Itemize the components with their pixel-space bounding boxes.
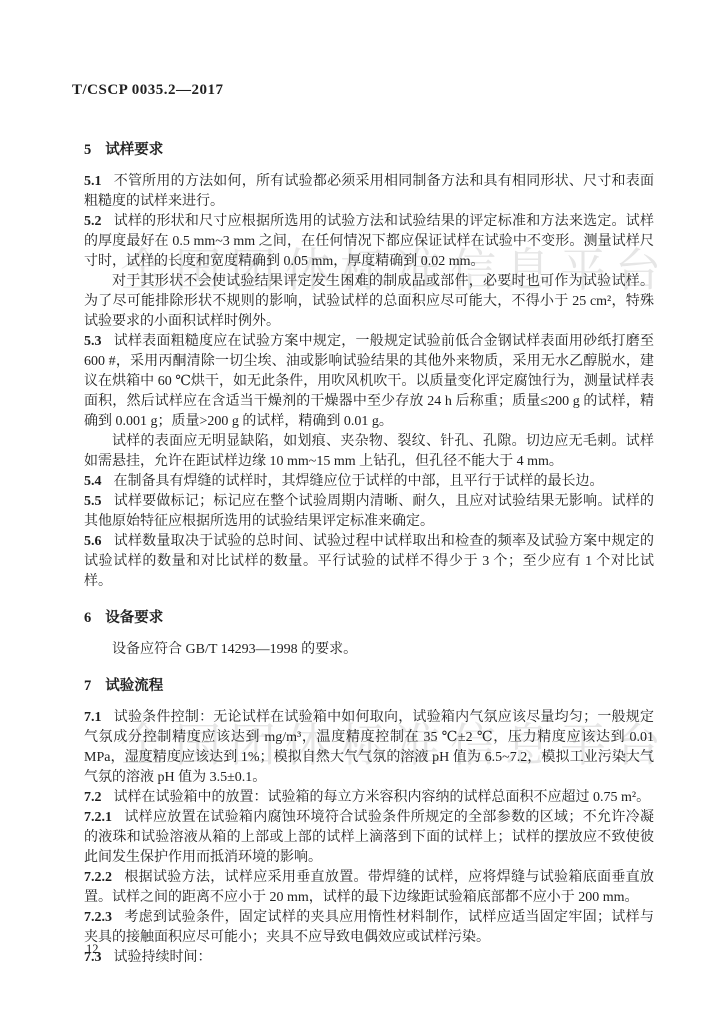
clause-text: 设备应符合 GB/T 14293—1998 的要求。 (112, 642, 357, 657)
section-title: 试验流程 (105, 678, 163, 694)
section-number: 5 (84, 142, 91, 158)
body-paragraph: 设备应符合 GB/T 14293—1998 的要求。 (84, 640, 654, 660)
page-content: T/CSCP 0035.2—2017 5试样要求 5.1不管所用的方法如何，所有… (84, 80, 654, 968)
standard-number-header: T/CSCP 0035.2—2017 (72, 80, 654, 100)
clause-text: 在制备具有焊缝的试样时，其焊缝应位于试样的中部，且平行于试样的最长边。 (114, 474, 604, 489)
clause-text: 不管所用的方法如何，所有试验都必须采用相同制备方法和具有相同形状、尺寸和表面粗糙… (84, 174, 654, 209)
section-test-procedure: 7试验流程 7.1试验条件控制：无论试样在试验箱中如何取向，试验箱内气氛应该尽量… (84, 676, 654, 968)
clause-paragraph: 7.2.1试样应放置在试验箱内腐蚀环境符合试验条件所规定的全部参数的区域；不允许… (84, 808, 654, 868)
clause-number: 5.3 (84, 334, 102, 349)
clause-paragraph: 5.3试样表面粗糙度应在试验方案中规定，一般规定试验前低合金钢试样表面用砂纸打磨… (84, 332, 654, 432)
section-heading: 6设备要求 (84, 608, 654, 628)
section-number: 7 (84, 678, 91, 694)
clause-paragraph: 5.2试样的形状和尺寸应根据所选用的试验方法和试验结果的评定标准和方法来选定。试… (84, 212, 654, 272)
clause-text: 对于其形状不会使试验结果评定发生困难的制成品或部件，必要时也可作为试验试样。为了… (84, 274, 654, 329)
clause-number: 5.1 (84, 174, 102, 189)
clause-paragraph: 5.6试样数量取决于试验的总时间、试验过程中试样取出和检查的频率及试验方案中规定… (84, 532, 654, 592)
section-title: 试样要求 (105, 142, 163, 158)
clause-paragraph: 5.4在制备具有焊缝的试样时，其焊缝应位于试样的中部，且平行于试样的最长边。 (84, 472, 654, 492)
clause-text: 试验持续时间： (114, 950, 212, 965)
clause-paragraph: 7.2.3考虑到试验条件，固定试样的夹具应用惰性材料制作，试样应适当固定牢固；试… (84, 908, 654, 948)
clause-text: 试样的表面应无明显缺陷，如划痕、夹杂物、裂纹、针孔、孔隙。切边应无毛刺。试样如需… (84, 434, 654, 469)
body-paragraph: 试样的表面应无明显缺陷，如划痕、夹杂物、裂纹、针孔、孔隙。切边应无毛刺。试样如需… (84, 432, 654, 472)
clause-number: 5.4 (84, 474, 102, 489)
clause-number: 7.2.2 (84, 870, 112, 885)
clause-text: 试验条件控制：无论试样在试验箱中如何取向，试验箱内气氛应该尽量均匀；一般规定气氛… (84, 710, 654, 785)
section-title: 设备要求 (105, 610, 163, 626)
section-heading: 5试样要求 (84, 140, 654, 160)
clause-text: 试样的形状和尺寸应根据所选用的试验方法和试验结果的评定标准和方法来选定。试样的厚… (84, 214, 654, 269)
clause-text: 试样表面粗糙度应在试验方案中规定，一般规定试验前低合金钢试样表面用砂纸打磨至 6… (84, 334, 654, 429)
clause-text: 考虑到试验条件，固定试样的夹具应用惰性材料制作，试样应适当固定牢固；试样与夹具的… (84, 910, 654, 945)
clause-number: 7.2.3 (84, 910, 112, 925)
clause-paragraph: 7.2试样在试验箱中的放置：试验箱的每立方米容积内容纳的试样总面积不应超过 0.… (84, 788, 654, 808)
clause-number: 7.2.1 (84, 810, 112, 825)
clause-text: 试样在试验箱中的放置：试验箱的每立方米容积内容纳的试样总面积不应超过 0.75 … (114, 790, 651, 805)
clause-text: 试样要做标记；标记应在整个试验周期内清晰、耐久，且应对试验结果无影响。试样的其他… (84, 494, 654, 529)
clause-number: 5.6 (84, 534, 102, 549)
clause-paragraph: 7.3试验持续时间： (84, 948, 654, 968)
page-number: 12 (86, 942, 99, 957)
clause-text: 试样数量取决于试验的总时间、试验过程中试样取出和检查的频率及试验方案中规定的试验… (84, 534, 654, 589)
clause-number: 5.2 (84, 214, 102, 229)
document-page: 全国团体标准信息平台 全国团体标准信息平台 T/CSCP 0035.2—2017… (0, 0, 724, 1024)
clause-paragraph: 7.1试验条件控制：无论试样在试验箱中如何取向，试验箱内气氛应该尽量均匀；一般规… (84, 708, 654, 788)
body-paragraph: 对于其形状不会使试验结果评定发生困难的制成品或部件，必要时也可作为试验试样。为了… (84, 272, 654, 332)
section-number: 6 (84, 610, 91, 626)
clause-paragraph: 5.1不管所用的方法如何，所有试验都必须采用相同制备方法和具有相同形状、尺寸和表… (84, 172, 654, 212)
clause-number: 7.1 (84, 710, 102, 725)
clause-number: 5.5 (84, 494, 102, 509)
section-sample-requirements: 5试样要求 5.1不管所用的方法如何，所有试验都必须采用相同制备方法和具有相同形… (84, 140, 654, 592)
clause-text: 根据试验方法，试样应采用垂直放置。带焊缝的试样，应将焊缝与试验箱底面垂直放置。试… (84, 870, 654, 905)
section-equipment-requirements: 6设备要求 设备应符合 GB/T 14293—1998 的要求。 (84, 608, 654, 660)
clause-text: 试样应放置在试验箱内腐蚀环境符合试验条件所规定的全部参数的区域；不允许冷凝的液珠… (84, 810, 654, 865)
clause-number: 7.2 (84, 790, 102, 805)
clause-paragraph: 7.2.2根据试验方法，试样应采用垂直放置。带焊缝的试样，应将焊缝与试验箱底面垂… (84, 868, 654, 908)
section-heading: 7试验流程 (84, 676, 654, 696)
clause-paragraph: 5.5试样要做标记；标记应在整个试验周期内清晰、耐久，且应对试验结果无影响。试样… (84, 492, 654, 532)
